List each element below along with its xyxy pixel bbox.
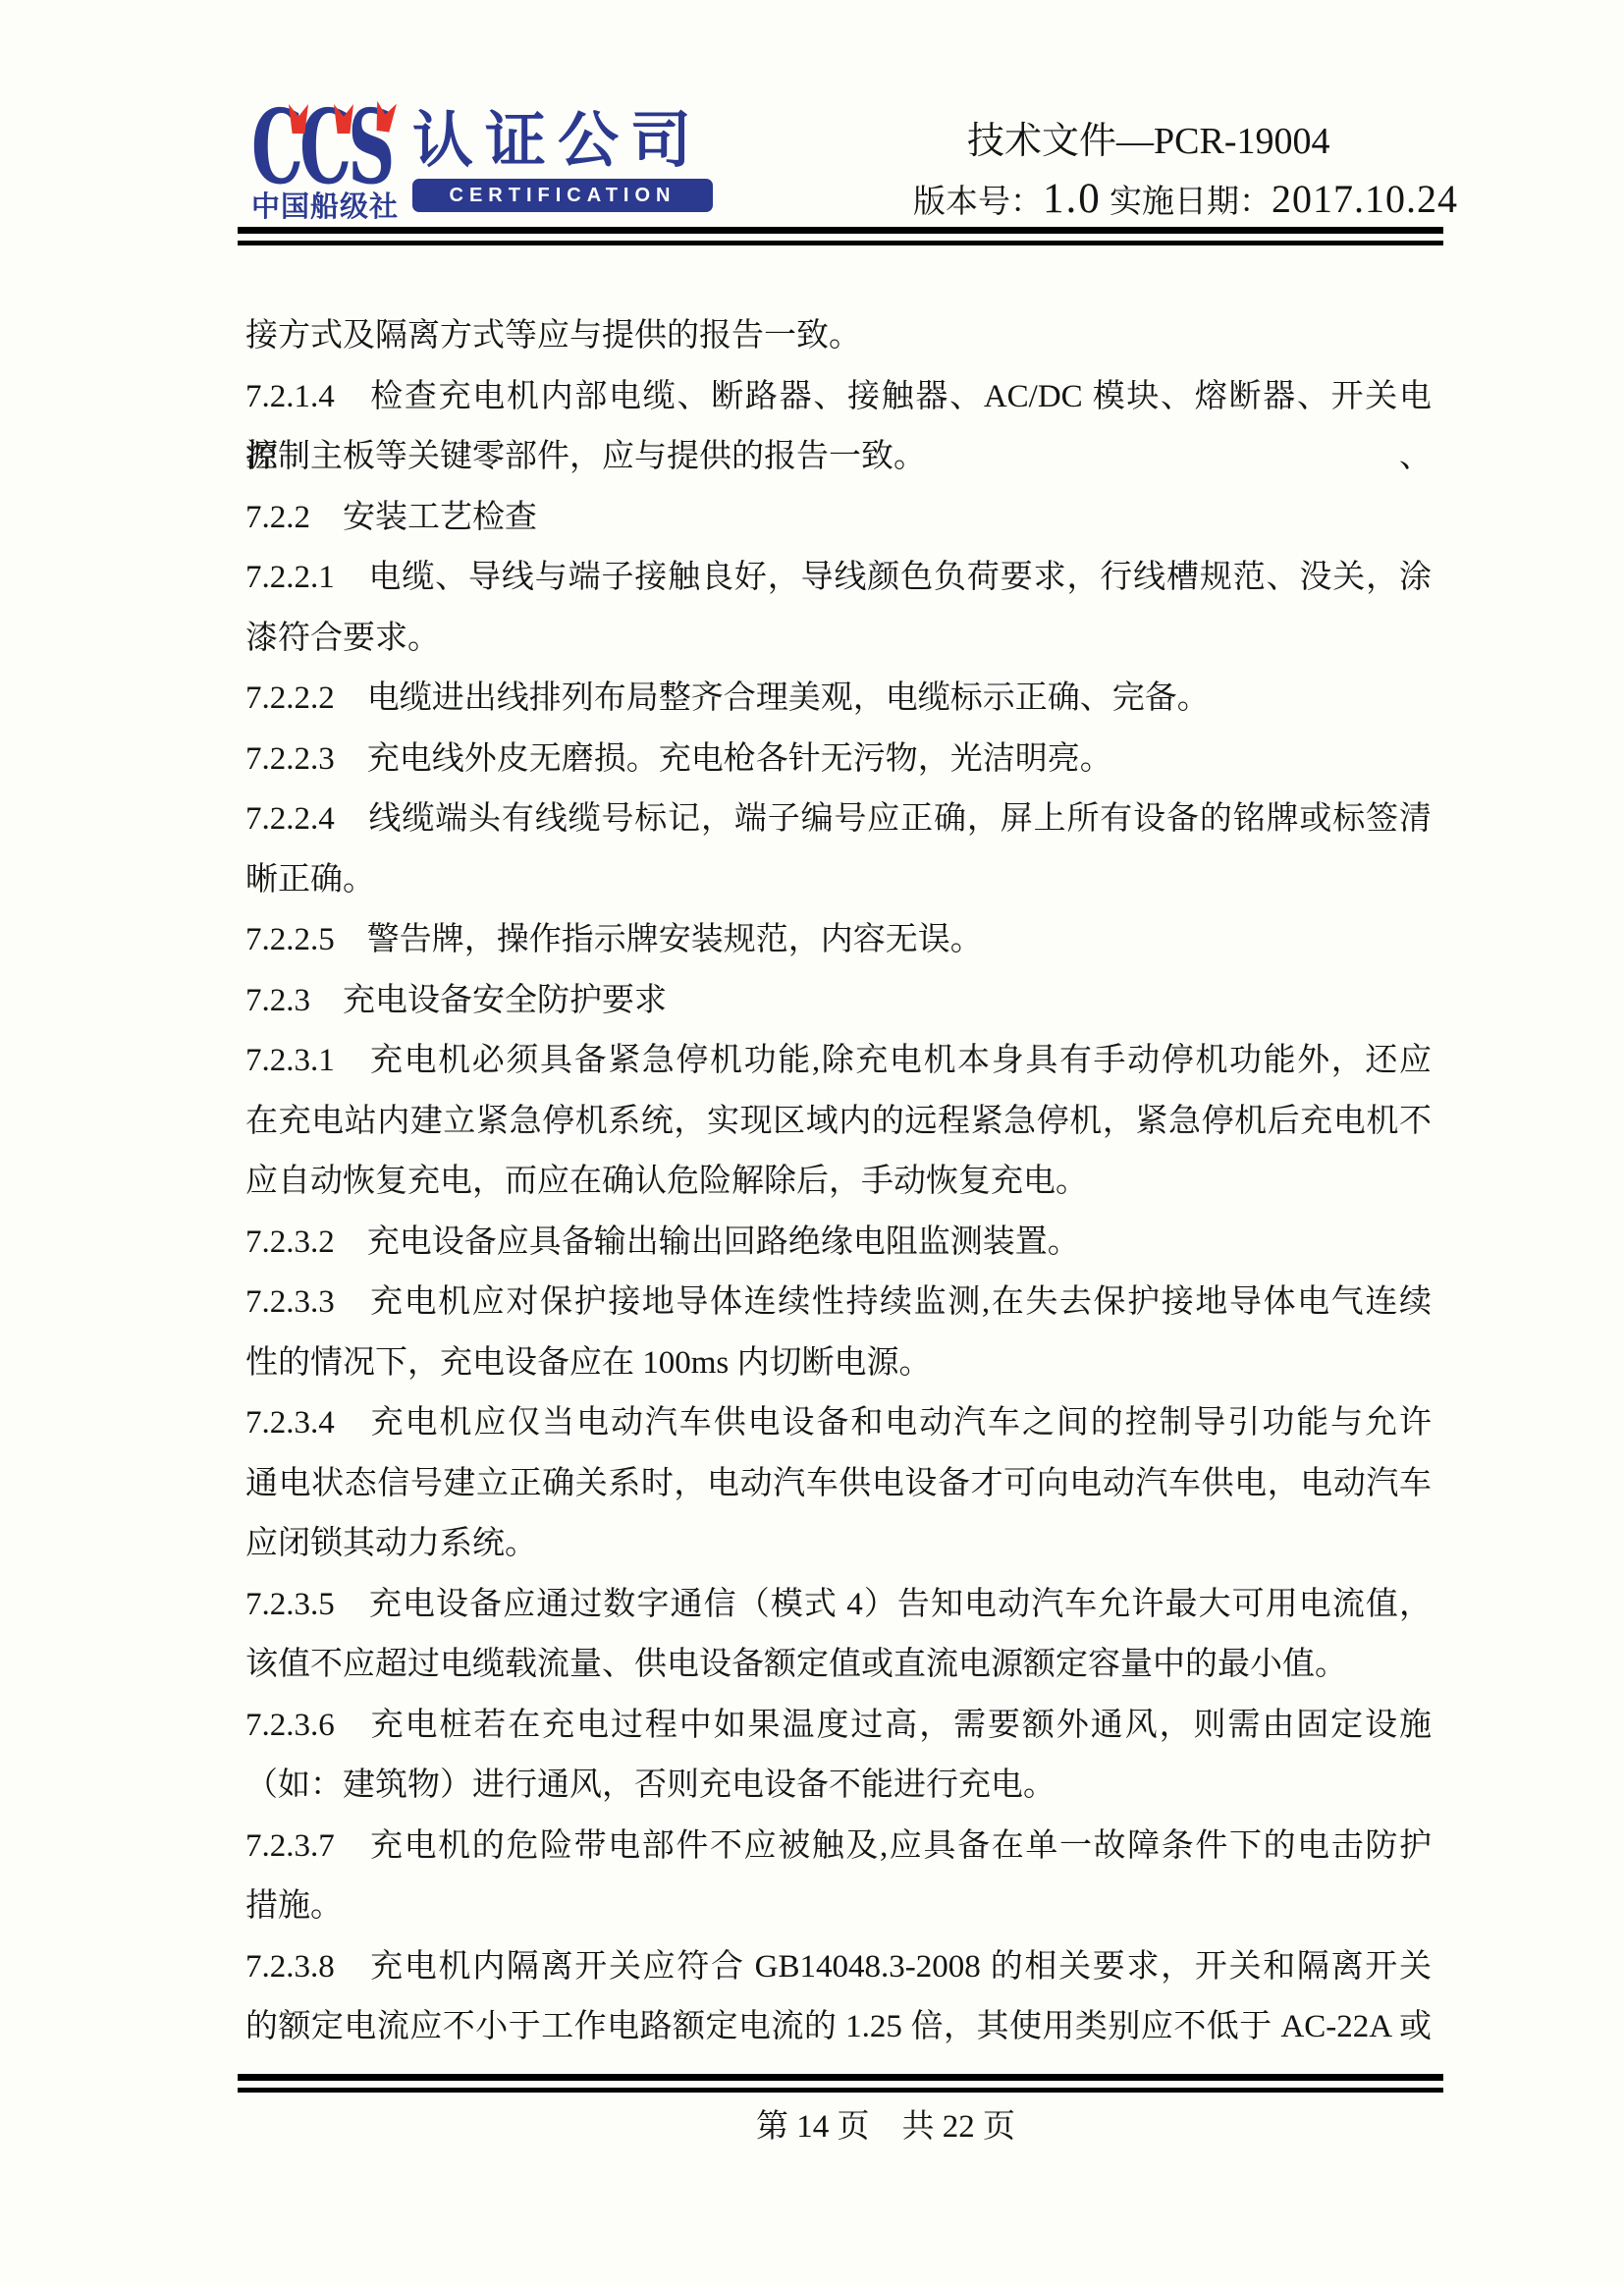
date-label: 实施日期： <box>1102 185 1272 220</box>
body-content: 接方式及隔离方式等应与提供的报告一致。 7.2.1.4 检查充电机内部电缆、断路… <box>245 306 1432 2058</box>
body-line: 的额定电流应不小于工作电路额定电流的 1.25 倍，其使用类别应不低于 AC-2… <box>245 1997 1432 2058</box>
body-line: 该值不应超过电缆载流量、供电设备额定值或直流电源额定容量中的最小值。 <box>245 1635 1432 1696</box>
body-line: 7.2.3.5 充电设备应通过数字通信（模式 4）告知电动汽车允许最大可用电流值… <box>245 1575 1432 1636</box>
body-line: 性的情况下，充电设备应在 100ms 内切断电源。 <box>245 1333 1432 1394</box>
body-line: 7.2.3.3 充电机应对保护接地导体连续性持续监测,在失去保护接地导体电气连续 <box>245 1273 1432 1333</box>
version-line: 版本号：1.0 实施日期：2017.10.24 <box>913 181 1458 221</box>
body-line: 7.2.2.1 电缆、导线与端子接触良好，导线颜色负荷要求，行线槽规范、没关，涂 <box>245 548 1432 609</box>
body-line: 7.2.3.8 充电机内隔离开关应符合 GB14048.3-2008 的相关要求… <box>245 1937 1432 1998</box>
body-line: （如：建筑物）进行通风，否则充电设备不能进行充电。 <box>245 1756 1432 1817</box>
body-line: 应闭锁其动力系统。 <box>245 1514 1432 1575</box>
document-page: CCS 中国船级社 认证公司 CERTIFICATION 技术文件—PCR-19… <box>0 0 1624 2285</box>
ccs-logo-left: CCS 中国船级社 <box>251 108 399 222</box>
body-line: 7.2.2.4 线缆端头有线缆号标记，端子编号应正确，屏上所有设备的铭牌或标签清 <box>245 789 1432 850</box>
version-label: 版本号： <box>913 185 1043 220</box>
ccs-logo: CCS 中国船级社 认证公司 CERTIFICATION <box>251 108 723 228</box>
body-line: 7.2.3.4 充电机应仅当电动汽车供电设备和电动汽车之间的控制导引功能与允许 <box>245 1393 1432 1454</box>
body-line: 应自动恢复充电，而应在确认危险解除后，手动恢复充电。 <box>245 1152 1432 1213</box>
body-line: 7.2.2 安装工艺检查 <box>245 488 1432 549</box>
body-line: 7.2.1.4 检查充电机内部电缆、断路器、接触器、AC/DC 模块、熔断器、开… <box>245 367 1432 428</box>
body-line: 7.2.2.5 警告牌，操作指示牌安装规范，内容无误。 <box>245 910 1432 971</box>
body-line: 7.2.3.1 充电机必须具备紧急停机功能,除充电机本身具有手动停机功能外，还应 <box>245 1031 1432 1092</box>
certification-banner: CERTIFICATION <box>412 179 713 212</box>
version-value: 1.0 <box>1043 176 1102 222</box>
footer-rule-thick <box>238 2074 1443 2081</box>
footer-rule-thin <box>238 2088 1443 2093</box>
body-line: 漆符合要求。 <box>245 609 1432 670</box>
body-line: 在充电站内建立紧急停机系统，实现区域内的远程紧急停机，紧急停机后充电机不 <box>245 1092 1432 1153</box>
body-line: 措施。 <box>245 1877 1432 1937</box>
ccs-logo-right: 认证公司 CERTIFICATION <box>412 110 717 212</box>
body-line: 7.2.3.6 充电桩若在充电过程中如果温度过高，需要额外通风，则需由固定设施 <box>245 1696 1432 1757</box>
date-value: 2017.10.24 <box>1272 177 1458 221</box>
body-line: 晰正确。 <box>245 850 1432 911</box>
document-number: 技术文件—PCR-19004 <box>967 120 1329 163</box>
header-rule-thin <box>238 241 1443 245</box>
company-name: 认证公司 <box>412 110 717 173</box>
body-line: 7.2.2.3 充电线外皮无磨损。充电枪各针无污物，光洁明亮。 <box>245 730 1432 790</box>
body-line: 7.2.2.2 电缆进出线排列布局整齐合理美观，电缆标示正确、完备。 <box>245 669 1432 730</box>
body-line: 7.2.3.7 充电机的危险带电部件不应被触及,应具备在单一故障条件下的电击防护 <box>245 1817 1432 1877</box>
header-rule-thick <box>238 227 1443 234</box>
body-line: 7.2.3 充电设备安全防护要求 <box>245 971 1432 1032</box>
body-line: 通电状态信号建立正确关系时，电动汽车供电设备才可向电动汽车供电，电动汽车 <box>245 1454 1432 1515</box>
body-line: 接方式及隔离方式等应与提供的报告一致。 <box>245 306 1432 367</box>
body-line: 7.2.3.2 充电设备应具备输出输出回路绝缘电阻监测装置。 <box>245 1213 1432 1274</box>
page-number: 第 14 页 共 22 页 <box>756 2107 1015 2147</box>
